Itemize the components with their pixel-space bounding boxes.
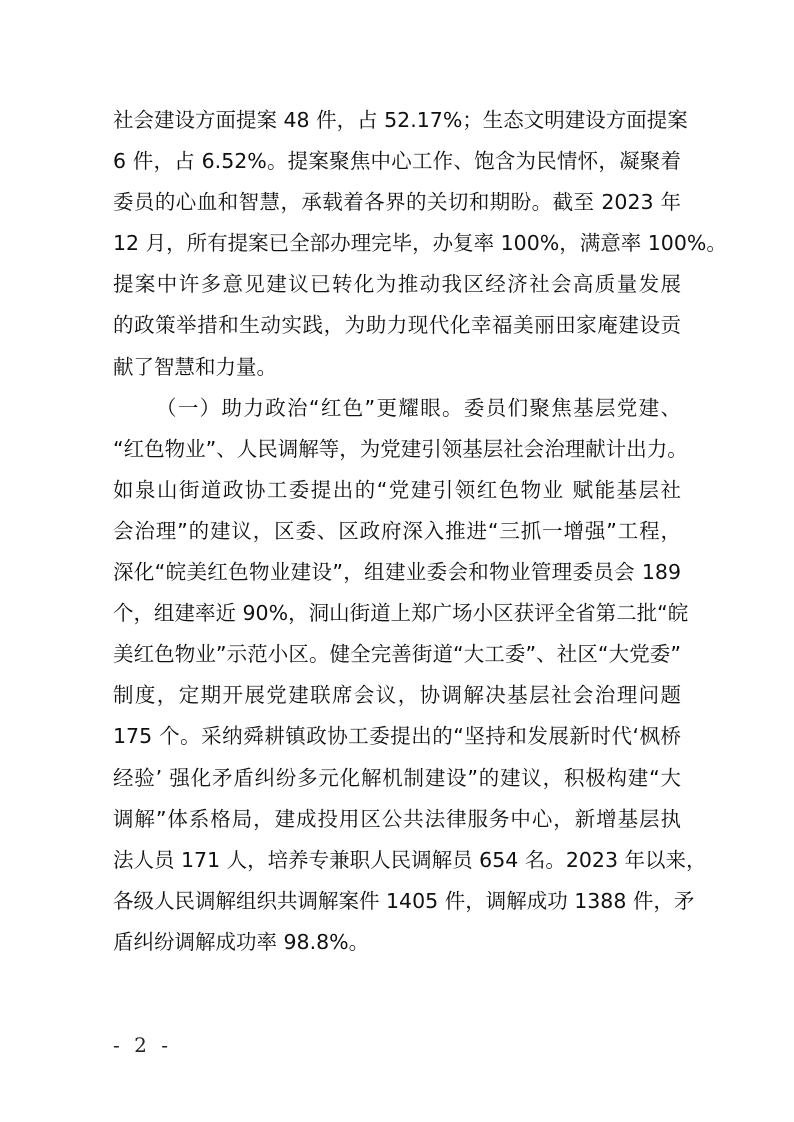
document-body: 社会建设方面提案 48 件，占 52.17%；生态文明建设方面提案 6 件，占 … (113, 100, 681, 963)
text-line: 献了智慧和力量。 (113, 347, 681, 388)
document-page: 社会建设方面提案 48 件，占 52.17%；生态文明建设方面提案 6 件，占 … (0, 0, 794, 1122)
text-line: 个，组建率近 90%，洞山街道上郑广场小区获评全省第二批“皖 (113, 593, 681, 634)
text-line: 如泉山街道政协工委提出的“党建引领红色物业 赋能基层社 (113, 470, 681, 511)
text-line: 6 件，占 6.52%。提案聚焦中心工作、饱含为民情怀，凝聚着 (113, 141, 681, 182)
text-line: 盾纠纷调解成功率 98.8%。 (113, 922, 681, 963)
text-line: “红色物业”、人民调解等，为党建引领基层社会治理献计出力。 (113, 429, 681, 470)
text-line: 各级人民调解组织共调解案件 1405 件，调解成功 1388 件，矛 (113, 881, 681, 922)
text-line: 提案中许多意见建议已转化为推动我区经济社会高质量发展 (113, 264, 681, 305)
text-line: 法人员 171 人，培养专兼职人民调解员 654 名。2023 年以来， (113, 840, 681, 881)
text-line: 175 个。采纳舜耕镇政协工委提出的“坚持和发展新时代‘枫桥 (113, 716, 681, 757)
text-line: 制度，定期开展党建联席会议，协调解决基层社会治理问题 (113, 675, 681, 716)
text-line: 经验’ 强化矛盾纠纷多元化解机制建设”的建议，积极构建“大 (113, 758, 681, 799)
text-line: 委员的心血和智慧，承载着各界的关切和期盼。截至 2023 年 (113, 182, 681, 223)
text-line: 美红色物业”示范小区。健全完善街道“大工委”、社区“大党委” (113, 634, 681, 675)
text-line: 会治理”的建议，区委、区政府深入推进“三抓一增强”工程， (113, 511, 681, 552)
text-line: 调解”体系格局，建成投用区公共法律服务中心，新增基层执 (113, 799, 681, 840)
text-line: 的政策举措和生动实践，为助力现代化幸福美丽田家庵建设贡 (113, 305, 681, 346)
text-line: 深化“皖美红色物业建设”，组建业委会和物业管理委员会 189 (113, 552, 681, 593)
page-number: - 2 - (113, 1033, 172, 1057)
text-line: 12 月，所有提案已全部办理完毕，办复率 100%，满意率 100%。 (113, 223, 681, 264)
text-line: 社会建设方面提案 48 件，占 52.17%；生态文明建设方面提案 (113, 100, 681, 141)
section-heading-line: （一）助力政治“红色”更耀眼。委员们聚焦基层党建、 (113, 388, 681, 429)
